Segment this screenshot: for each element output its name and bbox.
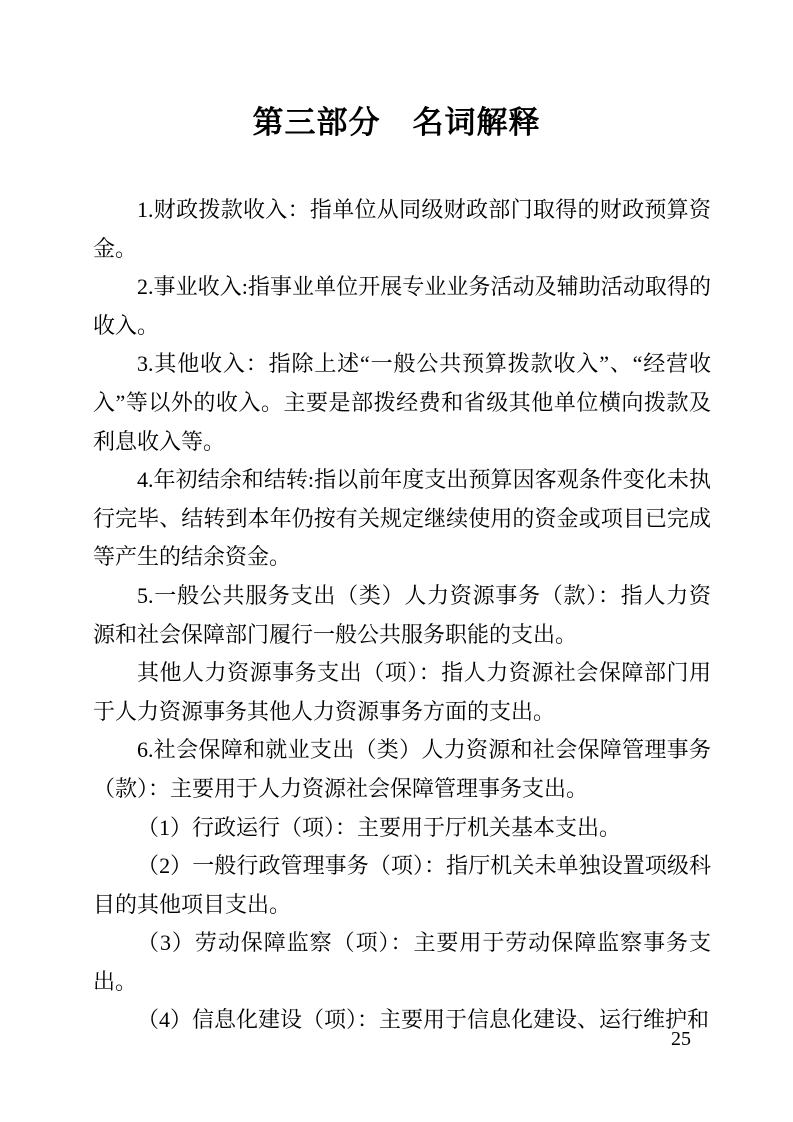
definition-paragraph-administrative-operation: （1）行政运行（项）：主要用于厅机关基本支出。 bbox=[93, 809, 711, 848]
document-body: 1.财政拨款收入：指单位从同级财政部门取得的财政预算资金。 2.事业收入:指事业… bbox=[93, 191, 711, 1040]
definition-paragraph-carryover-balance: 4.年初结余和结转:指以前年度支出预算因客观条件变化未执行完毕、结转到本年仍按有… bbox=[93, 461, 711, 577]
definition-paragraph-fiscal-appropriation-income: 1.财政拨款收入：指单位从同级财政部门取得的财政预算资金。 bbox=[93, 191, 711, 268]
definition-paragraph-social-security-employment-expenditure: 6.社会保障和就业支出（类）人力资源和社会保障管理事务（款）：主要用于人力资源社… bbox=[93, 731, 711, 808]
definition-paragraph-other-income: 3.其他收入：指除上述“一般公共预算拨款收入”、“经营收入”等以外的收入。主要是… bbox=[93, 345, 711, 461]
definition-paragraph-operating-income: 2.事业收入:指事业单位开展专业业务活动及辅助活动取得的收入。 bbox=[93, 268, 711, 345]
page-number: 25 bbox=[671, 1027, 691, 1051]
document-page: 第三部分 名词解释 1.财政拨款收入：指单位从同级财政部门取得的财政预算资金。 … bbox=[0, 0, 793, 1122]
definition-paragraph-general-admin-affairs: （2）一般行政管理事务（项）：指厅机关未单独设置项级科目的其他项目支出。 bbox=[93, 847, 711, 924]
definition-paragraph-informatization-construction: （4）信息化建设（项）：主要用于信息化建设、运行维护和 bbox=[93, 1001, 711, 1040]
section-title: 第三部分 名词解释 bbox=[0, 0, 793, 142]
definition-paragraph-other-hr-affairs-expenditure: 其他人力资源事务支出（项）：指人力资源社会保障部门用于人力资源事务其他人力资源事… bbox=[93, 654, 711, 731]
definition-paragraph-labor-security-supervision: （3）劳动保障监察（项）：主要用于劳动保障监察事务支出。 bbox=[93, 924, 711, 1001]
definition-paragraph-general-public-service-expenditure: 5.一般公共服务支出（类）人力资源事务（款）：指人力资源和社会保障部门履行一般公… bbox=[93, 577, 711, 654]
